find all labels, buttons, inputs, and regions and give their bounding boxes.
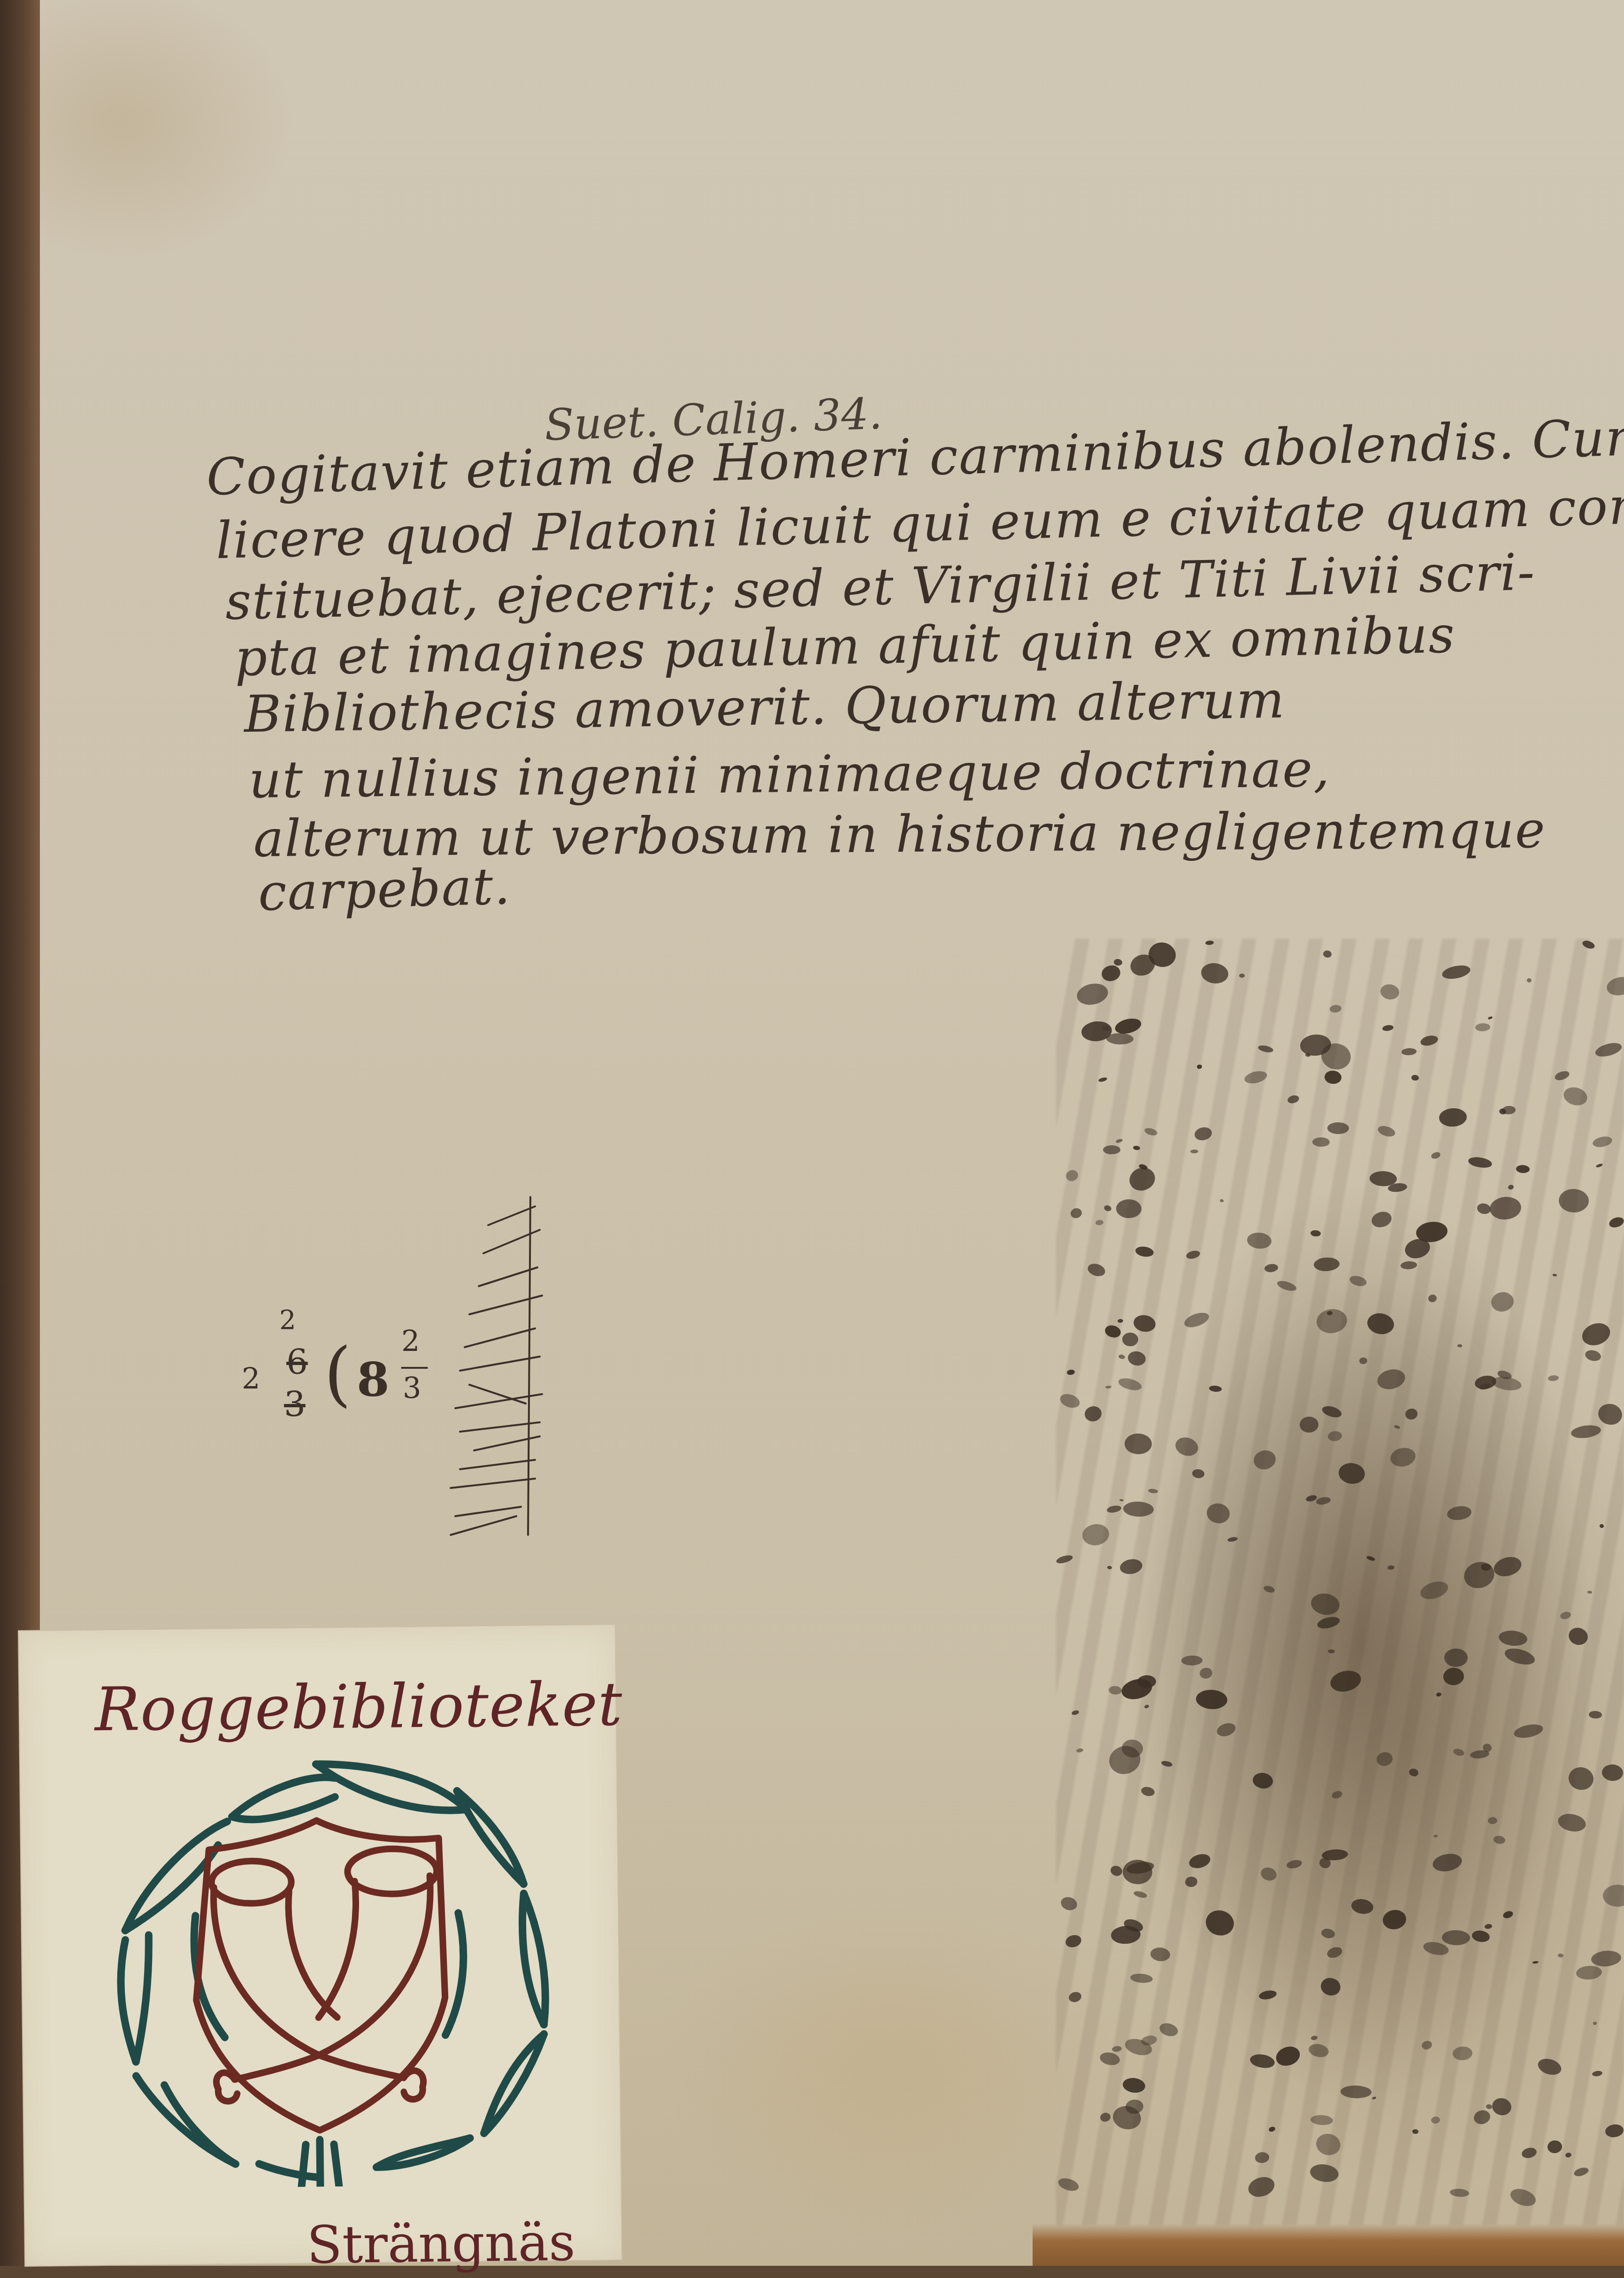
calc-struck-numerator: 6 bbox=[286, 1342, 308, 1382]
ink-splatter-dot bbox=[1123, 1859, 1152, 1884]
ink-splatter-dot bbox=[1125, 1433, 1152, 1454]
calc-main-digit: 8 bbox=[357, 1352, 390, 1407]
ink-splatter-dot bbox=[1327, 1122, 1349, 1134]
manuscript-page: Suet. Calig. 34. Cogitavit etiam de Home… bbox=[0, 0, 1624, 2266]
ink-splatter-dot bbox=[1526, 978, 1532, 982]
ink-splatter-dot bbox=[1116, 1199, 1141, 1218]
calc-paren: ( bbox=[324, 1333, 352, 1415]
calc-small-top: 2 bbox=[279, 1305, 296, 1335]
passage-line-6: ut nullius ingenii minimaeque doctrinae, bbox=[248, 740, 1331, 810]
calc-fraction-denominator: 3 bbox=[403, 1371, 421, 1405]
ink-splatter-dot bbox=[1107, 1565, 1112, 1569]
passage-line-7: alterum ut verbosum in historia negligen… bbox=[253, 801, 1547, 868]
calc-struck-denominator: 3 bbox=[284, 1385, 306, 1424]
bookplate-label: Roggebiblioteket bbox=[19, 1625, 621, 2266]
bookplate-title: Roggebiblioteket bbox=[94, 1670, 623, 1745]
ink-splatter-dot bbox=[1326, 1311, 1332, 1315]
ink-splatter-dot bbox=[1122, 1333, 1138, 1346]
laurel-shield-emblem-icon bbox=[53, 1752, 583, 2190]
tally-marks bbox=[441, 1188, 549, 1549]
damaged-bottom-edge bbox=[1033, 2224, 1624, 2266]
calc-small-left: 2 bbox=[242, 1361, 260, 1396]
bookplate-place-partial: Strängnäs bbox=[306, 2212, 575, 2266]
ink-splatter-dot bbox=[1328, 1649, 1335, 1653]
passage-line-8: carpebat. bbox=[257, 857, 512, 922]
